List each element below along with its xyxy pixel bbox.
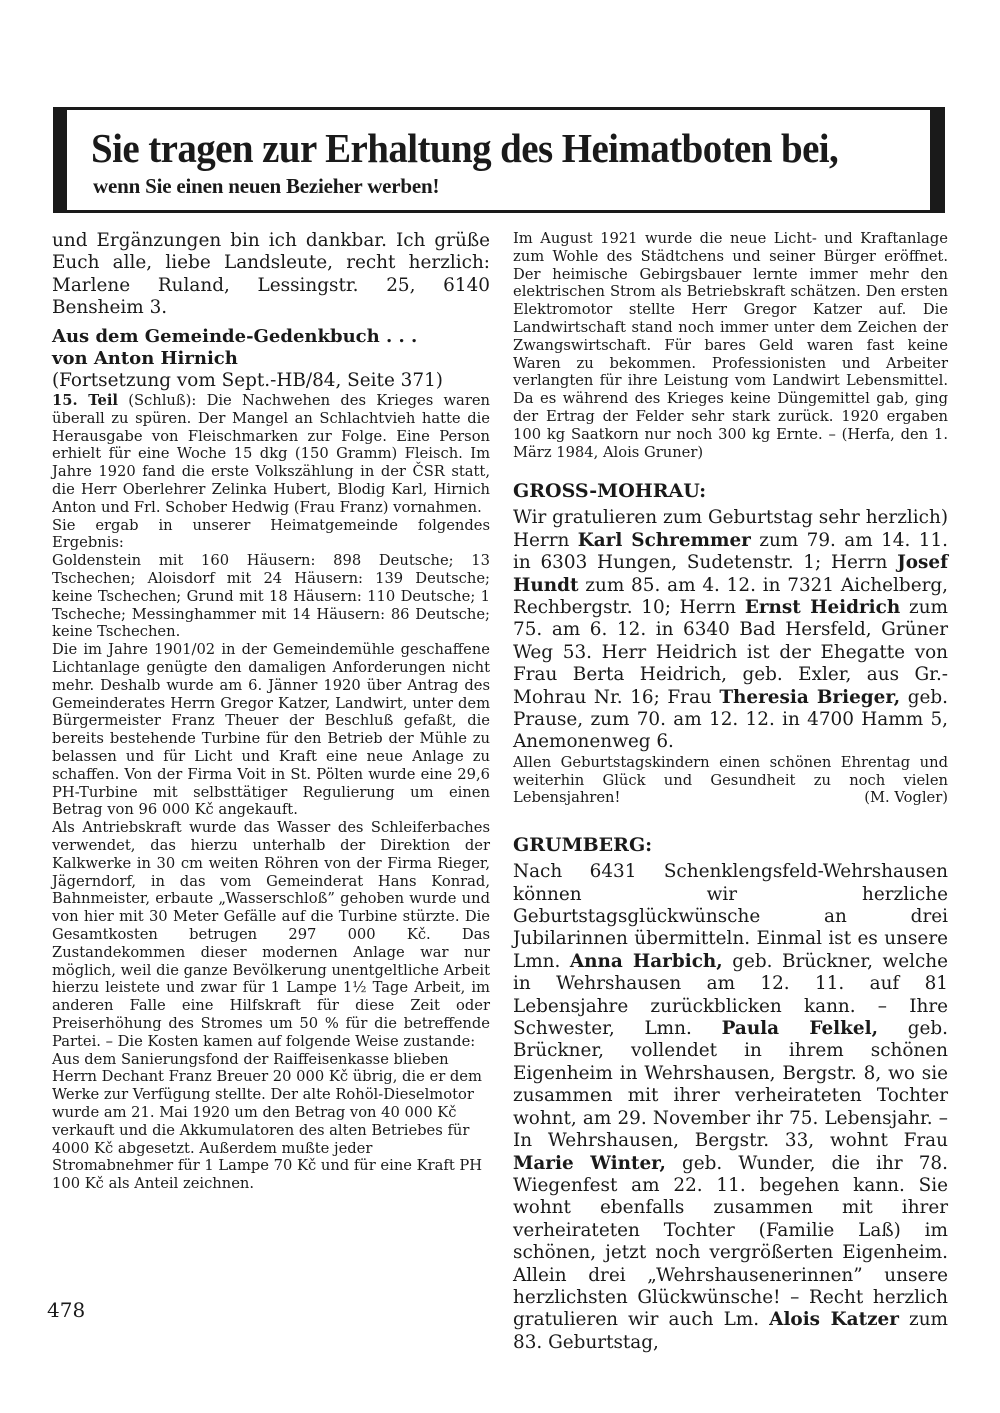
article-paragraph-6: Aus dem Sanierungsfond der Raiffeisenkas…: [52, 1051, 490, 1193]
banner-title: Sie tragen zur Erhaltung des Heimatboten…: [91, 124, 838, 172]
celebrant-name: Alois Katzer: [769, 1309, 899, 1330]
article-paragraph-2: Sie ergab in unserer Heimatgemeinde folg…: [52, 517, 490, 553]
banner-subtitle: wenn Sie einen neuen Bezieher werben!: [93, 174, 439, 199]
right-column: Im August 1921 wurde die neue Licht- und…: [513, 230, 948, 1354]
gross-mohrau-birthdays: Wir gratulieren zum Geburtstag sehr herz…: [513, 507, 948, 753]
celebrant-name: Anna Harbich,: [570, 951, 723, 972]
section-heading-grumberg: GRUMBERG:: [513, 833, 948, 857]
article-heading-line1: Aus dem Gemeinde-Gedenkbuch . . .: [52, 326, 417, 347]
celebrant-name: Ernst Heidrich: [745, 597, 900, 618]
grumberg-birthdays: Nach 6431 Schenklengsfeld-Wehrshausen kö…: [513, 861, 948, 1354]
subscription-appeal-banner: Sie tragen zur Erhaltung des Heimatboten…: [53, 107, 945, 213]
part-label: 15. Teil: [52, 392, 118, 409]
article-paragraph-3: Goldenstein mit 160 Häusern: 898 Deutsch…: [52, 552, 490, 641]
article-paragraph-5: Als Antriebskraft wurde das Wasser des S…: [52, 819, 490, 1050]
article-heading-line2: von Anton Hirnich: [52, 348, 238, 369]
section-heading-gross-mohrau: GROSS-MOHRAU:: [513, 479, 948, 503]
page-number: 478: [47, 1298, 85, 1322]
article-paragraph-1: 15. Teil (Schluß): Die Nachwehen des Kri…: [52, 392, 490, 517]
gross-mohrau-closing: Allen Geburtstagskindern einen schönen E…: [513, 754, 948, 807]
article-heading: Aus dem Gemeinde-Gedenkbuch . . . von An…: [52, 326, 490, 370]
banner-inner: Sie tragen zur Erhaltung des Heimatboten…: [67, 110, 930, 210]
intro-paragraph: und Ergänzungen bin ich dankbar. Ich grü…: [52, 230, 490, 320]
left-column: und Ergänzungen bin ich dankbar. Ich grü…: [52, 230, 490, 1193]
article-continuation-paragraph: Im August 1921 wurde die neue Licht- und…: [513, 230, 948, 461]
article-paragraph-4: Die im Jahre 1901/02 in der Gemeindemühl…: [52, 641, 490, 819]
celebrant-name: Karl Schremmer: [578, 530, 751, 551]
celebrant-name: Marie Winter,: [513, 1153, 666, 1174]
article-continuation-note: (Fortsetzung vom Sept.-HB/84, Seite 371): [52, 370, 490, 392]
celebrant-name: Theresia Brieger,: [719, 687, 900, 708]
author-signature: (M. Vogler): [864, 789, 948, 807]
celebrant-name: Paula Felkel,: [722, 1018, 878, 1039]
article-paragraph-1-text: (Schluß): Die Nachwehen des Krieges ware…: [52, 392, 490, 516]
text-segment: geb. Wunder, die ihr 78. Wiegenfest am 2…: [513, 1153, 948, 1331]
